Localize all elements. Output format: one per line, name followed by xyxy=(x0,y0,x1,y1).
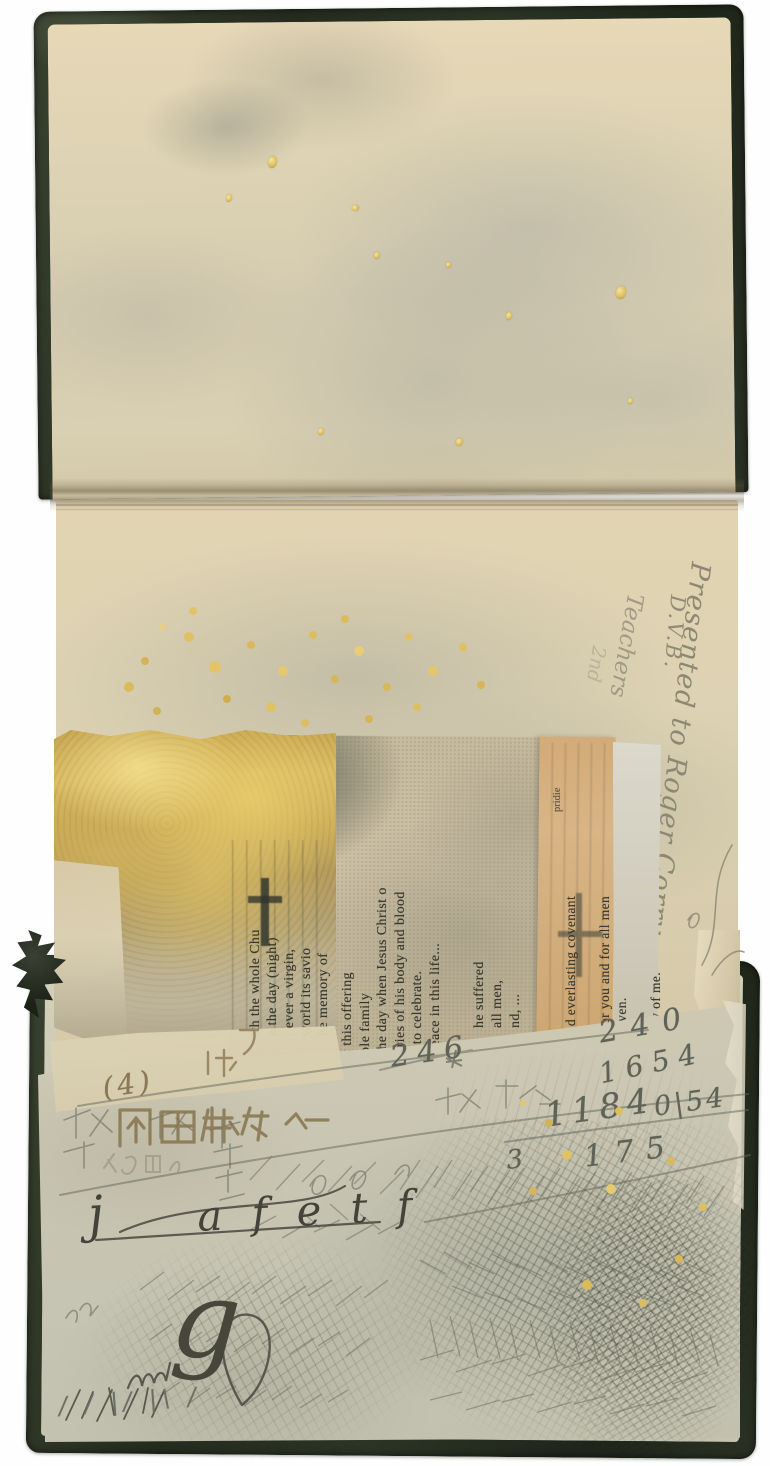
cursive-letter-g: g xyxy=(167,1256,245,1386)
pencil-number-3: 3 xyxy=(505,1144,525,1176)
white-paper-strip xyxy=(611,742,661,1030)
top-cover-board xyxy=(33,4,748,499)
cursive-letter-j: j xyxy=(86,1185,106,1244)
page-edge-lines xyxy=(56,504,738,514)
gold-fleck-cluster xyxy=(520,1100,526,1106)
artist-book-photo: Presented to Roger Corry D.V.B. Teachers… xyxy=(0,0,770,1466)
dark-cross-mark xyxy=(248,878,282,946)
top-blank-page xyxy=(48,17,736,499)
dark-cross-mark xyxy=(568,893,604,977)
gold-splatter xyxy=(160,624,166,630)
